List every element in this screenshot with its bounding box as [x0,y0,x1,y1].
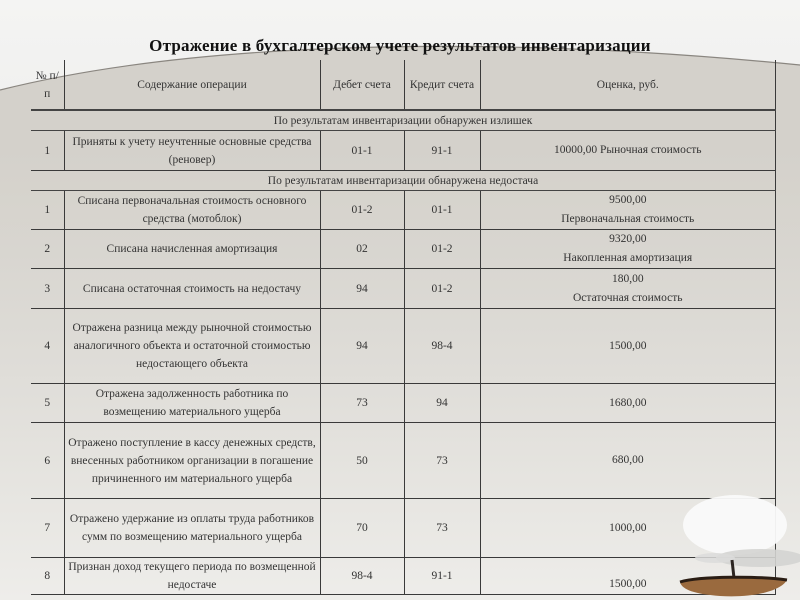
credit-account: 73 [404,499,480,558]
credit-account: 73 [404,423,480,499]
table-row: 1Списана первоначальная стоимость основн… [31,191,776,230]
valuation-cell: 9500,00Первоначальная стоимость [480,191,776,230]
valuation-amount: 10000,00 Рыночная стоимость [483,141,774,160]
row-number: 2 [31,230,64,269]
valuation-amount: 680,00 [483,451,774,470]
valuation-cell: 1500,00 [480,309,776,384]
valuation-amount: 9500,00 [483,191,774,210]
table-row: 3Списана остаточная стоимость на недоста… [31,269,776,309]
section-title: По результатам инвентаризации обнаружен … [31,110,776,131]
section-title: По результатам инвентаризации обнаружена… [31,171,776,191]
operation-content: Отражена задолженность работника по возм… [64,384,320,423]
valuation-cell: 180,00Остаточная стоимость [480,269,776,309]
valuation-note: Накопленная амортизация [483,249,774,268]
row-number: 3 [31,269,64,309]
header-credit: Кредит счета [404,60,480,110]
bonsai-tree-icon [660,490,800,600]
table-row: 1Приняты к учету неучтенные основные сре… [31,131,776,171]
valuation-amount: 180,00 [483,270,774,289]
credit-account: 01-1 [404,191,480,230]
valuation-note: Остаточная стоимость [483,289,774,308]
valuation-amount: 1500,00 [483,337,774,356]
debit-account: 98-4 [320,558,404,595]
row-number: 1 [31,131,64,171]
credit-account: 94 [404,384,480,423]
debit-account: 94 [320,269,404,309]
header-content: Содержание операции [64,60,320,110]
operation-content: Отражена разница между рыночной стоимост… [64,309,320,384]
operation-content: Признан доход текущего периода по возмещ… [64,558,320,595]
row-number: 8 [31,558,64,595]
debit-account: 01-2 [320,191,404,230]
header-debit: Дебет счета [320,60,404,110]
credit-account: 91-1 [404,131,480,171]
table-row: 5Отражена задолженность работника по воз… [31,384,776,423]
valuation-amount: 9320,00 [483,230,774,249]
valuation-cell: 10000,00 Рыночная стоимость [480,131,776,171]
table-header-row: № п/п Содержание операции Дебет счета Кр… [31,60,776,110]
table-row: 6Отражено поступление в кассу денежных с… [31,423,776,499]
table-row: 2Списана начисленная амортизация0201-293… [31,230,776,269]
section-header-row: По результатам инвентаризации обнаружена… [31,171,776,191]
operation-content: Отражено поступление в кассу денежных ср… [64,423,320,499]
operation-content: Отражено удержание из оплаты труда работ… [64,499,320,558]
debit-account: 50 [320,423,404,499]
row-number: 5 [31,384,64,423]
debit-account: 70 [320,499,404,558]
row-number: 7 [31,499,64,558]
valuation-cell: 1680,00 [480,384,776,423]
valuation-note: Первоначальная стоимость [483,210,774,229]
credit-account: 98-4 [404,309,480,384]
row-number: 6 [31,423,64,499]
header-num: № п/п [31,60,64,110]
row-number: 4 [31,309,64,384]
valuation-cell: 9320,00Накопленная амортизация [480,230,776,269]
operation-content: Списана первоначальная стоимость основно… [64,191,320,230]
valuation-cell: 680,00 [480,423,776,499]
table-row: 4Отражена разница между рыночной стоимос… [31,309,776,384]
valuation-amount: 1680,00 [483,394,774,413]
credit-account: 91-1 [404,558,480,595]
debit-account: 02 [320,230,404,269]
row-number: 1 [31,191,64,230]
operation-content: Списана начисленная амортизация [64,230,320,269]
page-title: Отражение в бухгалтерском учете результа… [0,36,800,56]
debit-account: 94 [320,309,404,384]
header-valuation: Оценка, руб. [480,60,776,110]
debit-account: 73 [320,384,404,423]
debit-account: 01-1 [320,131,404,171]
credit-account: 01-2 [404,230,480,269]
credit-account: 01-2 [404,269,480,309]
operation-content: Приняты к учету неучтенные основные сред… [64,131,320,171]
section-header-row: По результатам инвентаризации обнаружен … [31,110,776,131]
operation-content: Списана остаточная стоимость на недостач… [64,269,320,309]
